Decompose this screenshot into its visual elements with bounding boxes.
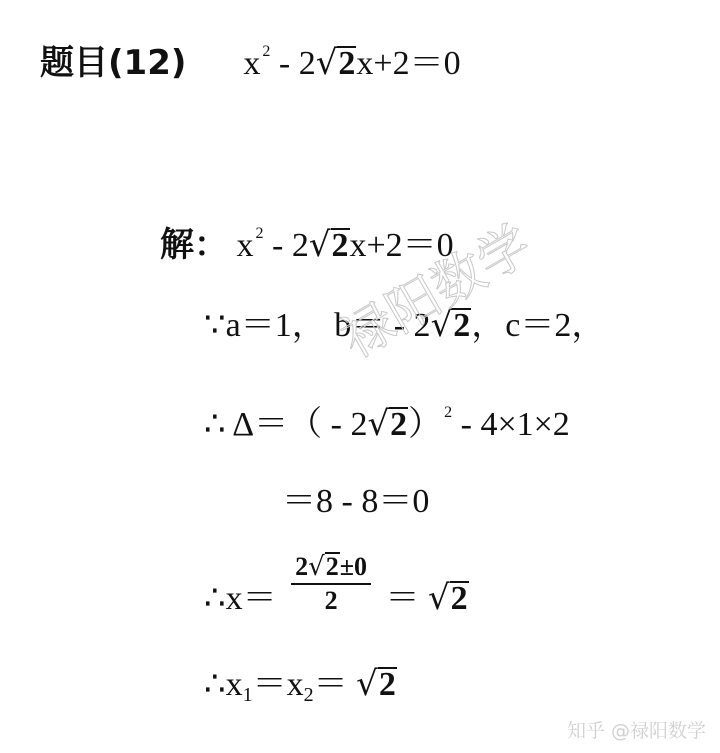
sqrt-symbol: √2: [309, 225, 350, 266]
therefore-symbol: ∴: [204, 664, 226, 704]
therefore-symbol: ∴: [204, 578, 226, 618]
footer-attribution: 知乎 @禄阳数学: [567, 716, 706, 743]
root-formula-line: ∴x＝ 2√2±0 2 ＝ √2: [204, 578, 469, 619]
sqrt-symbol: √2: [316, 43, 357, 84]
problem-label: 题目(12): [40, 43, 186, 83]
roots-line: ∴x1＝x2＝ √2: [204, 664, 397, 715]
problem-statement: 题目(12) x2 - 2√2x+2＝0: [40, 32, 461, 84]
solution-label: 解：: [160, 225, 228, 265]
sqrt-symbol: √2: [367, 404, 408, 445]
because-symbol: ∵: [204, 305, 226, 345]
discriminant-line: ∴ Δ＝（ - 2√2）2 - 4×1×2: [204, 393, 570, 445]
fraction: 2√2±0 2: [291, 551, 371, 617]
sqrt-symbol: √2: [428, 578, 469, 619]
sqrt-symbol: √2: [356, 664, 397, 705]
problem-equation: x2 - 2√2x+2＝0: [243, 45, 460, 82]
therefore-symbol: ∴: [204, 404, 226, 444]
discriminant-result: ＝8 - 8＝0: [282, 482, 429, 522]
